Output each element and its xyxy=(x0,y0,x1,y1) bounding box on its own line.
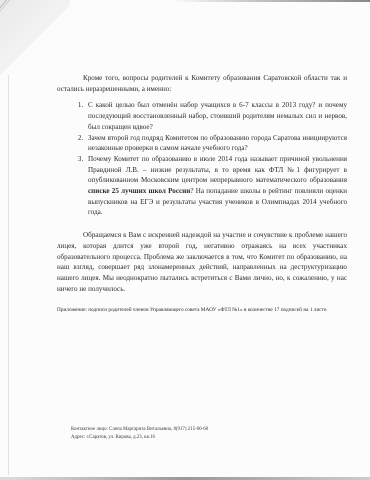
intro-paragraph: Кроме того, вопросы родителей к Комитету… xyxy=(57,73,347,94)
appendix-note: Приложение: подписи родителей членов Упр… xyxy=(57,306,347,314)
contact-address: Адрес: г.Саратов, ул. Кирова, д.23, кв.1… xyxy=(71,434,208,442)
question-item: С какой целью был отменён набор учащихся… xyxy=(85,100,347,132)
contact-info: Контактное лицо: Слепа Маргарита Виталье… xyxy=(71,426,208,441)
question-text: Зачем второй год подряд Комитетом по обр… xyxy=(88,134,347,153)
contact-person: Контактное лицо: Слепа Маргарита Виталье… xyxy=(71,426,208,434)
question-item: Зачем второй год подряд Комитетом по обр… xyxy=(85,133,347,154)
question-item: Почему Комитет по образованию в июле 201… xyxy=(85,154,347,218)
questions-list: С какой целью был отменён набор учащихся… xyxy=(57,100,347,218)
document-body: Кроме того, вопросы родителей к Комитету… xyxy=(57,73,347,314)
question-text: С какой целью был отменён набор учащихся… xyxy=(88,101,347,130)
appeal-paragraph: Обращаемся к Вам с искренней надеждой на… xyxy=(57,230,347,294)
bold-highlight: списке 25 лучших школ России xyxy=(88,187,190,195)
question-text: Почему Комитет по образованию в июле 201… xyxy=(88,155,347,184)
page-edge xyxy=(8,75,9,475)
page-edge xyxy=(170,0,370,2)
folded-page-corner xyxy=(0,0,70,80)
